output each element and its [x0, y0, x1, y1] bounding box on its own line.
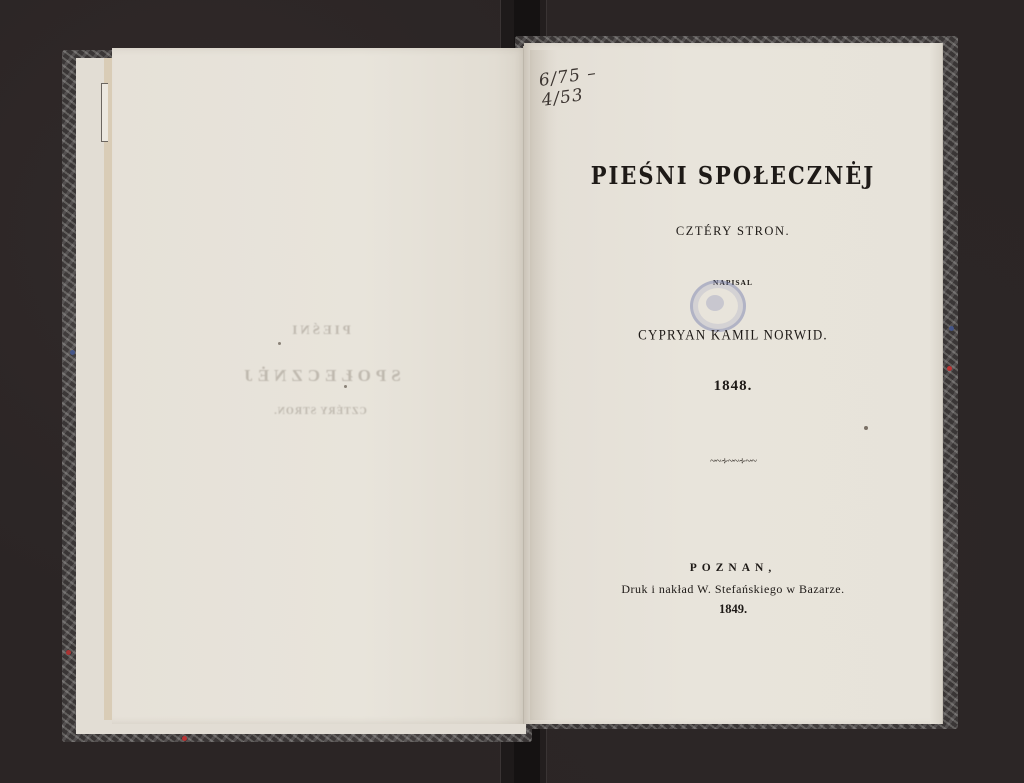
stamp-emblem [706, 295, 724, 311]
marble-fleck [66, 650, 71, 655]
marble-fleck [70, 350, 75, 355]
printer-line: Druk i nakład W. Stefańskiego w Bazarze. [524, 582, 942, 597]
marble-fleck [182, 736, 187, 741]
publication-city: POZNAN, [524, 562, 942, 574]
bleed-through-line-1: PIEŚNI [112, 322, 528, 338]
book-title: PIEŚNI SPOŁECZNĖJ [524, 161, 942, 190]
paper-speck [344, 385, 347, 388]
bleed-through-line-2: SPOŁECZNĖJ [112, 366, 528, 386]
marble-fleck [949, 326, 954, 331]
bookplate-frame [101, 83, 108, 142]
year-written: 1848. [524, 378, 942, 395]
year-printed: 1849. [524, 602, 942, 617]
library-stamp-icon [690, 280, 746, 332]
author-name: CYPRYAN KAMIL NORWID. [524, 326, 942, 344]
bleed-through-line-3: CZTÉRY STRON. [112, 406, 528, 417]
book-subtitle: CZTÉRY STRON. [524, 224, 942, 239]
paper-speck [864, 426, 868, 430]
left-page [112, 48, 528, 724]
ornament-divider-icon: ~∙~∻~∙~∻~∙~ [524, 456, 942, 467]
paper-speck [278, 342, 281, 345]
marble-fleck [947, 366, 952, 371]
